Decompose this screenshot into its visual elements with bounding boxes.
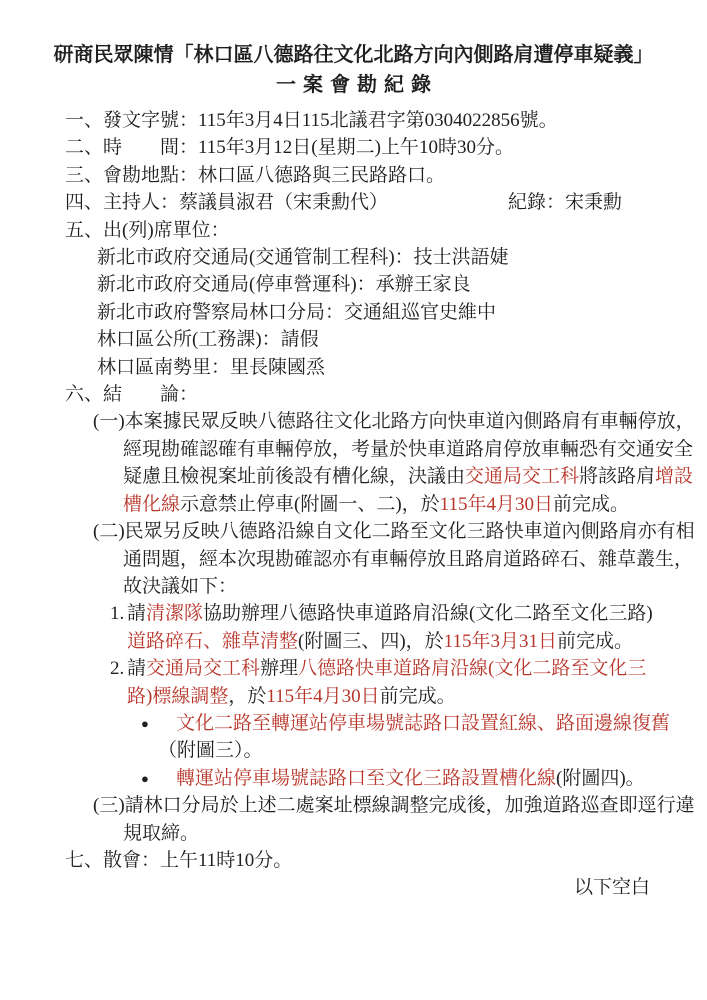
text-segment: 經現勘確認確有車輛停放，考量於快車道路肩停放車輛恐有交通安全 [123, 439, 693, 460]
text-segment: 一、發文字號：115年3月4日115北議君字第0304022856號。 [65, 110, 558, 131]
document-line: 2.請交通局交工科辦理八德路快車道路肩沿線(文化二路至文化三 [0, 655, 707, 682]
document-line: 道路碎石、雜草清整(附圖三、四)，於115年3月31日前完成。 [0, 628, 707, 655]
text-segment: 請 [127, 658, 146, 679]
text-segment: 交通局交工科 [146, 658, 260, 679]
text-segment: 以下空白 [574, 877, 650, 898]
document-page: 研商民眾陳情「林口區八德路往文化北路方向內側路肩遭停車疑義」 一案會勘紀錄 一、… [0, 0, 707, 1000]
document-line: 規取締。 [0, 820, 707, 847]
text-segment: (三)請林口分局於上述二處案址標線調整完成後，加強道路巡查即逕行違 [93, 795, 695, 816]
text-segment: 規取締。 [123, 823, 199, 844]
text-segment: 115年4月30日 [440, 494, 553, 515]
document-line: 四、主持人：蔡議員淑君（宋秉勳代）紀錄：宋秉勳 [0, 189, 707, 216]
text-segment: 六、結 論： [65, 384, 198, 405]
document-line: 二、時 間：115年3月12日(星期二)上午10時30分。 [0, 134, 707, 161]
text-segment: 七、散會：上午11時10分。 [65, 850, 292, 871]
document-line: (三)請林口分局於上述二處案址標線調整完成後，加強道路巡查即逕行違 [0, 792, 707, 819]
document-line: 一、發文字號：115年3月4日115北議君字第0304022856號。 [0, 107, 707, 134]
text-segment: 八德路快車道路肩沿線(文化二路至文化三 [298, 658, 646, 679]
text-segment: 二、時 間：115年3月12日(星期二)上午10時30分。 [65, 137, 514, 158]
text-segment: 交通局交工科 [465, 466, 579, 487]
text-segment: 路)標線調整 [127, 686, 228, 707]
text-segment: 請 [127, 603, 146, 624]
text-segment: 新北市政府警察局林口分局：交通組巡官史維中 [97, 302, 496, 323]
document-line: 七、散會：上午11時10分。 [0, 847, 707, 874]
text-segment: 通問題，經本次現勘確認亦有車輛停放且路肩道路碎石、雜草叢生， [123, 549, 693, 570]
document-line: 三、會勘地點：林口區八德路與三民路路口。 [0, 162, 707, 189]
text-segment: 前完成。 [553, 494, 629, 515]
text-segment: 前完成。 [557, 631, 633, 652]
text-segment: 林口區南勢里：里長陳國烝 [97, 357, 325, 378]
text-segment: 四、主持人：蔡議員淑君（宋秉勳代） [65, 192, 388, 213]
document-line: ●文化二路至轉運站停車場號誌路口設置紅線、路面邊線復舊 [0, 710, 707, 737]
document-line: 林口區公所(工務課)：請假 [0, 326, 707, 353]
document-line: ●轉運站停車場號誌路口至文化三路設置槽化線(附圖四)。 [0, 765, 707, 792]
text-segment: 將該路肩 [579, 466, 655, 487]
recorder-label: 紀錄：宋秉勳 [508, 189, 622, 216]
text-segment: 文化二路至轉運站停車場號誌路口設置紅線、路面邊線復舊 [176, 713, 670, 734]
text-segment: (一)本案據民眾反映八德路往文化北路方向快車道內側路肩有車輛停放， [93, 411, 695, 432]
text-segment: 協助辦理八德路快車道路肩沿線(文化二路至文化三路) [203, 603, 653, 624]
document-title-line1: 研商民眾陳情「林口區八德路往文化北路方向內側路肩遭停車疑義」 [0, 0, 707, 70]
text-segment: 清潔隊 [146, 603, 203, 624]
document-line: 通問題，經本次現勘確認亦有車輛停放且路肩道路碎石、雜草叢生， [0, 546, 707, 573]
text-segment: (附圖三、四)，於 [298, 631, 444, 652]
text-segment: 增設 [655, 466, 693, 487]
text-segment: 故決議如下： [123, 576, 237, 597]
text-segment: 道路碎石、雜草清整 [127, 631, 298, 652]
text-segment: 115年3月31日 [444, 631, 557, 652]
document-title-line2: 一案會勘紀錄 [0, 70, 707, 100]
bullet-icon: ● [141, 765, 176, 792]
text-segment: 辦理 [260, 658, 298, 679]
text-segment: ，於 [228, 686, 266, 707]
text-segment: 槽化線 [123, 494, 180, 515]
document-line: 新北市政府警察局林口分局：交通組巡官史維中 [0, 299, 707, 326]
document-line: 經現勘確認確有車輛停放，考量於快車道路肩停放車輛恐有交通安全 [0, 436, 707, 463]
text-segment: 115年4月30日 [266, 686, 379, 707]
text-segment: (二)民眾另反映八德路沿線自文化二路至文化三路快車道內側路肩亦有相 [93, 521, 695, 542]
text-segment: 林口區公所(工務課)：請假 [97, 329, 319, 350]
document-line: 六、結 論： [0, 381, 707, 408]
text-segment: (附圖四)。 [556, 768, 645, 789]
document-line: （附圖三）。 [0, 737, 707, 764]
text-segment: 疑慮且檢視案址前後設有槽化線，決議由 [123, 466, 465, 487]
document-line: 路)標線調整，於115年4月30日前完成。 [0, 683, 707, 710]
document-line: 五、出(列)席單位： [0, 217, 707, 244]
list-number: 2. [110, 655, 127, 682]
document-line: (二)民眾另反映八德路沿線自文化二路至文化三路快車道內側路肩亦有相 [0, 518, 707, 545]
document-line: 疑慮且檢視案址前後設有槽化線，決議由交通局交工科將該路肩增設 [0, 463, 707, 490]
document-line: 以下空白 [0, 874, 707, 901]
text-segment: 新北市政府交通局(交通管制工程科)：技士洪語婕 [97, 247, 509, 268]
bullet-icon: ● [141, 710, 176, 737]
document-line: (一)本案據民眾反映八德路往文化北路方向快車道內側路肩有車輛停放， [0, 408, 707, 435]
document-line: 新北市政府交通局(停車營運科)：承辦王家良 [0, 271, 707, 298]
text-segment: 新北市政府交通局(停車營運科)：承辦王家良 [97, 274, 471, 295]
document-body: 一、發文字號：115年3月4日115北議君字第0304022856號。二、時 間… [0, 107, 707, 902]
document-line: 新北市政府交通局(交通管制工程科)：技士洪語婕 [0, 244, 707, 271]
document-line: 1.請清潔隊協助辦理八德路快車道路肩沿線(文化二路至文化三路) [0, 600, 707, 627]
document-line: 林口區南勢里：里長陳國烝 [0, 354, 707, 381]
text-segment: 轉運站停車場號誌路口至文化三路設置槽化線 [176, 768, 556, 789]
list-number: 1. [110, 600, 127, 627]
document-line: 故決議如下： [0, 573, 707, 600]
text-segment: （附圖三）。 [158, 740, 263, 761]
text-segment: 示意禁止停車(附圖一、二)，於 [180, 494, 440, 515]
document-line: 槽化線示意禁止停車(附圖一、二)，於115年4月30日前完成。 [0, 491, 707, 518]
text-segment: 前完成。 [380, 686, 456, 707]
text-segment: 五、出(列)席單位： [65, 220, 230, 241]
text-segment: 三、會勘地點：林口區八德路與三民路路口。 [65, 165, 445, 186]
